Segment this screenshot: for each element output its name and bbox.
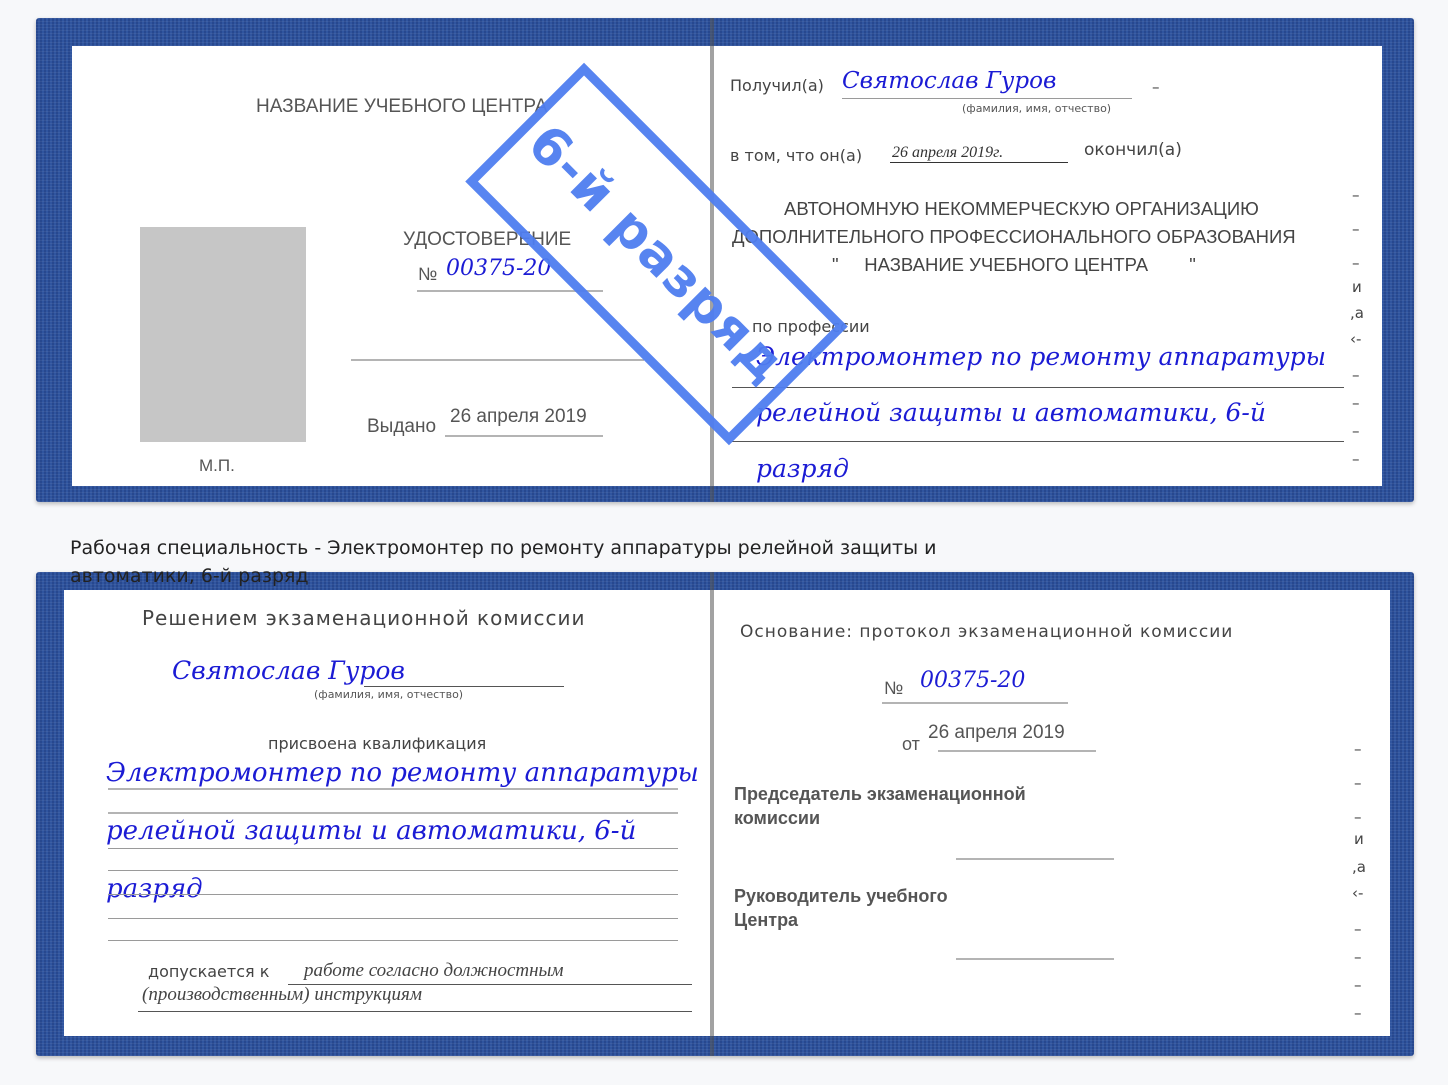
margin-mark: – — [1354, 774, 1362, 792]
spine-fold — [710, 572, 714, 1056]
photo-placeholder — [140, 227, 306, 442]
margin-mark: – — [1352, 422, 1360, 440]
protocol-number-prefix: № — [884, 678, 903, 699]
qual-underline-6 — [108, 918, 678, 919]
profession-underline-2 — [732, 441, 1344, 442]
protocol-number-underline — [882, 702, 1068, 704]
admitted-underline-2 — [138, 1011, 692, 1012]
qualification-left-page: Решением экзаменационной комиссии Святос… — [64, 590, 748, 1036]
protocol-date: 26 апреля 2019 — [928, 722, 1065, 744]
recipient-name: Святослав Гуров — [842, 68, 1056, 94]
qualification-label: присвоена квалификация — [268, 734, 486, 753]
qualification-line-3: разряд — [106, 874, 203, 904]
margin-mark: и — [1352, 278, 1362, 296]
issued-date: 26 апреля 2019 — [450, 406, 587, 428]
signature-line — [351, 359, 644, 361]
person-name: Святослав Гуров — [172, 656, 405, 685]
protocol-number: 00375-20 — [920, 668, 1025, 693]
head-label-2: Центра — [734, 910, 798, 931]
training-center-name: НАЗВАНИЕ УЧЕБНОГО ЦЕНТРА — [256, 96, 548, 118]
issued-underline — [445, 435, 603, 437]
qual-underline-5 — [108, 894, 678, 895]
margin-mark: – — [1354, 740, 1362, 758]
dash-mark: – — [1152, 78, 1160, 96]
profession-line-1: Электромонтер по ремонту аппаратуры — [756, 342, 1326, 371]
margin-mark: ,а — [1352, 858, 1366, 876]
person-name-underline — [364, 686, 564, 687]
admitted-line-2: (производственным) инструкциям — [142, 984, 422, 1006]
margin-mark: – — [1352, 254, 1360, 272]
qualification-line-2: релейной защиты и автоматики, 6-й — [106, 816, 636, 846]
profession-line-2: релейной защиты и автоматики, 6-й — [756, 398, 1266, 427]
certificate-spread-inner: Решением экзаменационной комиссии Святос… — [36, 572, 1414, 1056]
margin-mark: – — [1354, 948, 1362, 966]
completion-underline — [890, 162, 1068, 163]
decision-title: Решением экзаменационной комиссии — [142, 606, 585, 630]
qual-underline-7 — [108, 940, 678, 941]
margin-mark: – — [1354, 976, 1362, 994]
name-hint: (фамилия, имя, отчество) — [314, 688, 463, 701]
margin-mark: – — [1354, 808, 1362, 826]
issued-label: Выдано — [367, 416, 436, 438]
head-label-1: Руководитель учебного — [734, 886, 948, 907]
margin-mark: – — [1352, 186, 1360, 204]
qualification-right-page: Основание: протокол экзаменационной коми… — [712, 590, 1390, 1036]
margin-mark: – — [1352, 394, 1360, 412]
qual-underline-2 — [108, 812, 678, 814]
recipient-underline — [842, 98, 1132, 99]
basis-title: Основание: протокол экзаменационной коми… — [740, 622, 1233, 642]
profession-line-3: разряд — [756, 454, 849, 483]
margin-mark: ‹- — [1350, 330, 1361, 348]
finished-label: окончил(а) — [1084, 140, 1182, 160]
org-line-3: " НАЗВАНИЕ УЧЕБНОГО ЦЕНТРА " — [832, 254, 1196, 276]
profession-underline-1 — [732, 387, 1344, 388]
specialty-caption: Рабочая специальность - Электромонтер по… — [70, 534, 1030, 590]
org-line-2: ДОПОЛНИТЕЛЬНОГО ПРОФЕССИОНАЛЬНОГО ОБРАЗО… — [732, 226, 1296, 248]
margin-mark: – — [1352, 450, 1360, 468]
chairman-label-1: Председатель экзаменационной — [734, 784, 1026, 805]
qual-underline-1 — [108, 788, 678, 790]
margin-mark: – — [1354, 1004, 1362, 1022]
received-label: Получил(а) — [730, 76, 824, 95]
margin-mark: – — [1352, 366, 1360, 384]
margin-mark: – — [1352, 220, 1360, 238]
seal-label: М.П. — [199, 456, 235, 476]
head-signature-line — [956, 958, 1114, 960]
qual-underline-3 — [108, 848, 678, 849]
margin-mark: ,а — [1350, 304, 1364, 322]
margin-mark: и — [1354, 830, 1364, 848]
margin-mark: ‹- — [1352, 884, 1363, 902]
name-hint: (фамилия, имя, отчество) — [962, 102, 1111, 115]
completion-date: 26 апреля 2019г. — [892, 144, 1003, 162]
certificate-right-page: Получил(а) Святослав Гуров (фамилия, имя… — [712, 46, 1382, 486]
margin-mark: – — [1354, 920, 1362, 938]
admitted-line-1: работе согласно должностным — [304, 960, 564, 982]
number-prefix: № — [418, 264, 437, 285]
certificate-number: 00375-20 — [446, 256, 551, 281]
qual-underline-4 — [108, 870, 678, 871]
org-line-1: АВТОНОМНУЮ НЕКОММЕРЧЕСКУЮ ОРГАНИЗАЦИЮ — [784, 198, 1259, 220]
qualification-line-1: Электромонтер по ремонту аппаратуры — [106, 758, 699, 788]
that-label: в том, что он(а) — [730, 146, 862, 165]
admitted-label: допускается к — [148, 962, 269, 981]
chairman-signature-line — [956, 858, 1114, 860]
chairman-label-2: комиссии — [734, 808, 820, 829]
protocol-date-underline — [938, 750, 1096, 752]
from-label: от — [902, 734, 920, 755]
